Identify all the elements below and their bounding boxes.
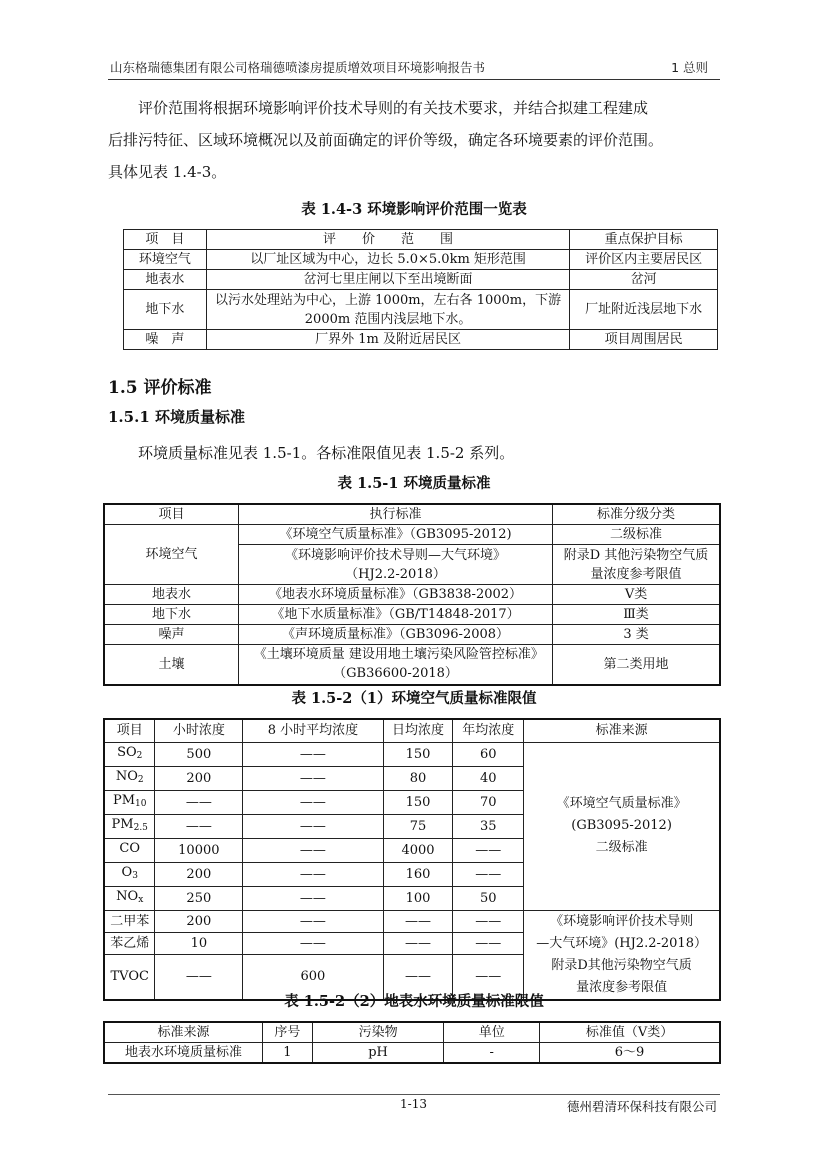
header-divider — [108, 79, 720, 80]
cell: 《声环境质量标准》（GB3096-2008） — [238, 625, 552, 645]
table-row: 土壤 《土壤环境质量 建设用地土壤污染风险管控标准》（GB36600-2018）… — [104, 645, 720, 685]
header-cell: 污染物 — [312, 1022, 444, 1043]
cell: 岔河 — [570, 270, 718, 290]
pollutant-cell: O3 — [104, 862, 155, 886]
cell: 250 — [155, 886, 243, 910]
header-cell: 执行标准 — [238, 504, 552, 525]
section-1-5-1-paragraph: 环境质量标准见表 1.5-1。各标准限值见表 1.5-2 系列。 — [108, 437, 720, 469]
cell: 厂址附近浅层地下水 — [570, 290, 718, 330]
table-1-5-2-1-caption: 表 1.5-2（1）环境空气质量标准限值 — [108, 687, 720, 708]
header-cell: 项 目 — [124, 230, 207, 250]
header-cell: 单位 — [444, 1022, 540, 1043]
cell: —— — [453, 862, 524, 886]
intro-line-3: 具体见表 1.4-3。 — [108, 156, 720, 188]
cell: 70 — [453, 790, 524, 814]
header-cell: 小时浓度 — [155, 719, 243, 742]
pollutant-cell: 二甲苯 — [104, 910, 155, 932]
pollutant-cell: 苯乙烯 — [104, 932, 155, 954]
cell: —— — [155, 790, 243, 814]
cell: 150 — [383, 742, 453, 766]
header-cell: 标准分级分类 — [553, 504, 720, 525]
page-header-title: 山东格瑞德集团有限公司格瑞德喷漆房提质增效项目环境影响报告书 — [110, 58, 485, 76]
table-header-row: 项目 小时浓度 8 小时平均浓度 日均浓度 年均浓度 标准来源 — [104, 719, 720, 742]
pollutant-cell: SO2 — [104, 742, 155, 766]
header-cell: 重点保护目标 — [570, 230, 718, 250]
cell: 《土壤环境质量 建设用地土壤污染风险管控标准》（GB36600-2018） — [238, 645, 552, 685]
cell: 《环境影响评价技术导则—大气环境》（HJ2.2-2018） — [238, 545, 552, 585]
page-number: 1-13 — [400, 1097, 427, 1111]
cell: Ⅴ类 — [553, 585, 720, 605]
cell: —— — [383, 910, 453, 932]
table-1-5-2-2-caption: 表 1.5-2（2）地表水环境质量标准限值 — [108, 990, 720, 1011]
header-cell: 项目 — [104, 504, 238, 525]
cell: 环境空气 — [104, 525, 238, 585]
cell: 4000 — [383, 838, 453, 862]
pollutant-cell: PM10 — [104, 790, 155, 814]
cell: 40 — [453, 766, 524, 790]
cell: 80 — [383, 766, 453, 790]
table-row: SO2 500 —— 150 60 《环境空气质量标准》 (GB3095-201… — [104, 742, 720, 766]
cell: —— — [383, 932, 453, 954]
footer-divider — [108, 1094, 720, 1095]
cell: 200 — [155, 910, 243, 932]
cell: 环境空气 — [124, 250, 207, 270]
cell: —— — [243, 814, 383, 838]
cell: 以厂址区域为中心，边长 5.0×5.0km 矩形范围 — [206, 250, 569, 270]
cell: 150 — [383, 790, 453, 814]
cell: 500 — [155, 742, 243, 766]
cell: —— — [453, 838, 524, 862]
intro-line-1: 评价范围将根据环境影响评价技术导则的有关技术要求，并结合拟建工程建成 — [108, 92, 720, 124]
cell: 岔河七里庄闸以下至出境断面 — [206, 270, 569, 290]
cell: —— — [453, 910, 524, 932]
cell: Ⅲ类 — [553, 605, 720, 625]
header-cell: 日均浓度 — [383, 719, 453, 742]
table-row: 二甲苯 200 —— —— —— 《环境影响评价技术导则 —大气环境》(HJ2.… — [104, 910, 720, 932]
cell: pH — [312, 1043, 444, 1064]
cell: 项目周围居民 — [570, 330, 718, 350]
cell: —— — [453, 932, 524, 954]
table-1-4-3: 项 目 评 价 范 围 重点保护目标 环境空气 以厂址区域为中心，边长 5.0×… — [123, 229, 718, 350]
table-row: 环境空气 《环境空气质量标准》（GB3095-2012) 二级标准 — [104, 525, 720, 545]
cell: 75 — [383, 814, 453, 838]
cell: 50 — [453, 886, 524, 910]
table-row: 地下水 以污水处理站为中心，上游 1000m，左右各 1000m，下游 2000… — [124, 290, 718, 330]
cell: 100 — [383, 886, 453, 910]
cell: —— — [243, 766, 383, 790]
header-cell: 年均浓度 — [453, 719, 524, 742]
cell: 地表水环境质量标准 — [104, 1043, 262, 1064]
cell: 《地表水环境质量标准》（GB3838-2002） — [238, 585, 552, 605]
table-header-row: 项 目 评 价 范 围 重点保护目标 — [124, 230, 718, 250]
header-cell: 项目 — [104, 719, 155, 742]
source-cell-gb3095: 《环境空气质量标准》 (GB3095-2012) 二级标准 — [524, 742, 720, 910]
header-cell: 标准来源 — [524, 719, 720, 742]
cell: 地表水 — [104, 585, 238, 605]
cell: 噪 声 — [124, 330, 207, 350]
pollutant-cell: NOx — [104, 886, 155, 910]
table-1-5-2-1: 项目 小时浓度 8 小时平均浓度 日均浓度 年均浓度 标准来源 SO2 500 … — [103, 718, 721, 1001]
cell: —— — [243, 838, 383, 862]
cell: 附录D 其他污染物空气质量浓度参考限值 — [553, 545, 720, 585]
table-row: 地表水 《地表水环境质量标准》（GB3838-2002） Ⅴ类 — [104, 585, 720, 605]
cell: 评价区内主要居民区 — [570, 250, 718, 270]
cell: 10 — [155, 932, 243, 954]
cell: 二级标准 — [553, 525, 720, 545]
cell: 10000 — [155, 838, 243, 862]
section-1-5-title: 1.5 评价标准 — [108, 373, 212, 398]
cell: 60 — [453, 742, 524, 766]
table-1-5-1: 项目 执行标准 标准分级分类 环境空气 《环境空气质量标准》（GB3095-20… — [103, 503, 721, 686]
table-header-row: 项目 执行标准 标准分级分类 — [104, 504, 720, 525]
cell: 地下水 — [104, 605, 238, 625]
cell: 噪声 — [104, 625, 238, 645]
cell: —— — [243, 886, 383, 910]
intro-line-2: 后排污特征、区域环境概况以及前面确定的评价等级，确定各环境要素的评价范围。 — [108, 124, 720, 156]
table-1-5-2-2: 标准来源 序号 污染物 单位 标准值（Ⅴ类） 地表水环境质量标准 1 pH - … — [103, 1021, 721, 1064]
section-1-5-1-title: 1.5.1 环境质量标准 — [108, 406, 245, 427]
cell: —— — [243, 932, 383, 954]
cell: - — [444, 1043, 540, 1064]
page-header-chapter: 1 总则 — [671, 58, 708, 76]
table-header-row: 标准来源 序号 污染物 单位 标准值（Ⅴ类） — [104, 1022, 720, 1043]
table-row: 地表水 岔河七里庄闸以下至出境断面 岔河 — [124, 270, 718, 290]
cell: 6～9 — [540, 1043, 720, 1064]
table-row: 噪 声 厂界外 1m 及附近居民区 项目周围居民 — [124, 330, 718, 350]
table-row: 地表水环境质量标准 1 pH - 6～9 — [104, 1043, 720, 1064]
cell: 200 — [155, 862, 243, 886]
header-cell: 标准值（Ⅴ类） — [540, 1022, 720, 1043]
cell: 35 — [453, 814, 524, 838]
pollutant-cell: NO2 — [104, 766, 155, 790]
source-cell-hj22: 《环境影响评价技术导则 —大气环境》(HJ2.2-2018） 附录D其他污染物空… — [524, 910, 720, 1000]
cell: 地下水 — [124, 290, 207, 330]
cell: 第二类用地 — [553, 645, 720, 685]
header-cell: 评 价 范 围 — [206, 230, 569, 250]
cell: 地表水 — [124, 270, 207, 290]
cell: 《地下水质量标准》（GB/T14848-2017） — [238, 605, 552, 625]
cell: 1 — [262, 1043, 312, 1064]
table-row: 环境空气 以厂址区域为中心，边长 5.0×5.0km 矩形范围 评价区内主要居民… — [124, 250, 718, 270]
cell: 200 — [155, 766, 243, 790]
cell: 土壤 — [104, 645, 238, 685]
pollutant-cell: PM2.5 — [104, 814, 155, 838]
cell: 160 — [383, 862, 453, 886]
cell: 3 类 — [553, 625, 720, 645]
table-1-5-1-caption: 表 1.5-1 环境质量标准 — [108, 472, 720, 493]
table-row: 地下水 《地下水质量标准》（GB/T14848-2017） Ⅲ类 — [104, 605, 720, 625]
cell: 《环境空气质量标准》（GB3095-2012) — [238, 525, 552, 545]
cell: —— — [243, 742, 383, 766]
cell: —— — [243, 790, 383, 814]
table-row: 噪声 《声环境质量标准》（GB3096-2008） 3 类 — [104, 625, 720, 645]
header-cell: 序号 — [262, 1022, 312, 1043]
cell: —— — [243, 910, 383, 932]
pollutant-cell: CO — [104, 838, 155, 862]
table-1-4-3-caption: 表 1.4-3 环境影响评价范围一览表 — [108, 198, 720, 219]
header-cell: 标准来源 — [104, 1022, 262, 1043]
cell: 以污水处理站为中心，上游 1000m，左右各 1000m，下游 2000m 范围… — [206, 290, 569, 330]
cell: 厂界外 1m 及附近居民区 — [206, 330, 569, 350]
header-cell: 8 小时平均浓度 — [243, 719, 383, 742]
footer-company: 德州碧清环保科技有限公司 — [567, 1097, 717, 1115]
cell: —— — [155, 814, 243, 838]
cell: —— — [243, 862, 383, 886]
